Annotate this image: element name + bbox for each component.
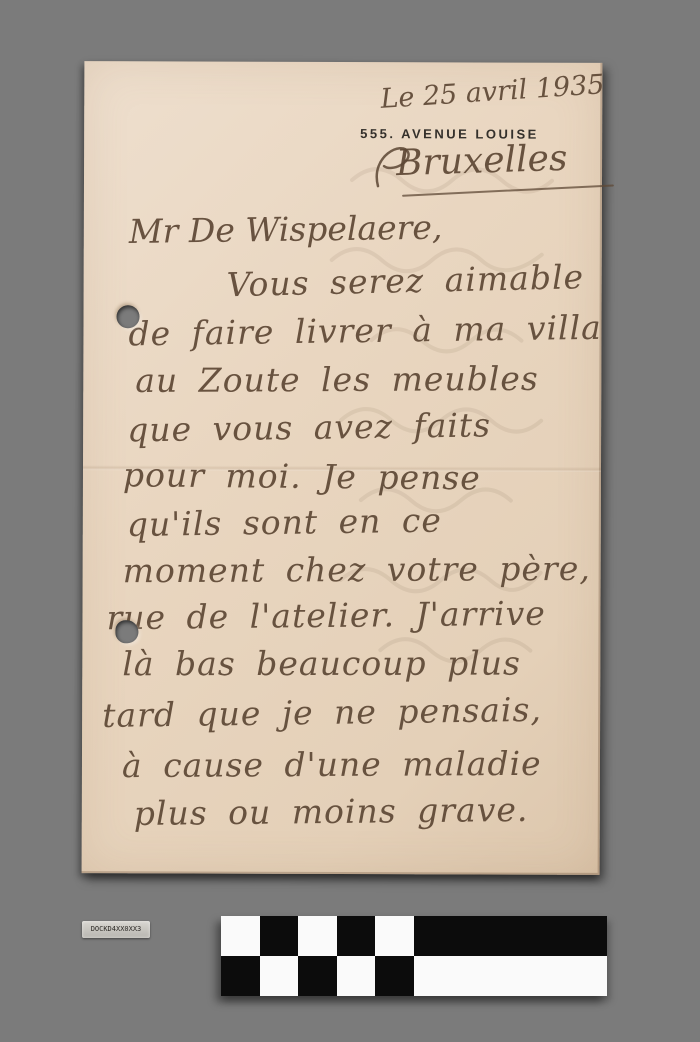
handwritten-city: Bruxelles — [395, 138, 567, 184]
scale-bar-cell-white — [337, 956, 376, 996]
scale-bar-row — [221, 916, 607, 956]
scale-bar-row — [221, 956, 607, 996]
inventory-label-text: DOCKD4XX0XX3 — [91, 926, 142, 933]
scale-bar-cell-black — [298, 956, 337, 996]
scale-bar-cell-white — [298, 916, 337, 956]
photograph-background: Le 25 avril 1935 555. AVENUE LOUISE Brux… — [0, 0, 700, 1042]
salutation-line: Mr De Wispelaere, — [129, 208, 443, 251]
scale-bar-cell-black — [221, 956, 260, 996]
scale-bar — [221, 916, 607, 996]
inventory-label: DOCKD4XX0XX3 — [82, 921, 150, 938]
scale-bar-cell-white — [375, 916, 414, 956]
body-line: pour moi. Je pense — [123, 455, 481, 497]
scale-bar-cell-black-long — [414, 916, 607, 956]
body-line: de faire livrer à ma villa — [128, 308, 602, 354]
body-line: qu'ils sont en ce — [127, 501, 443, 544]
punch-hole-bottom — [115, 620, 138, 643]
letter-document: Le 25 avril 1935 555. AVENUE LOUISE Brux… — [82, 61, 603, 875]
scale-bar-cell-white — [260, 956, 299, 996]
body-line: rue de l'atelier. J'arrive — [106, 594, 546, 638]
body-line: au Zoute les meubles — [135, 359, 539, 400]
scale-bar-cell-black — [375, 956, 414, 996]
body-line: plus ou moins grave. — [134, 790, 529, 833]
body-line: Vous serez aimable — [226, 257, 584, 304]
scale-bar-cell-black — [260, 916, 299, 956]
handwritten-date: Le 25 avril 1935 — [380, 69, 606, 115]
body-line: à cause d'une maladie — [122, 744, 542, 785]
body-line: que vous avez faits — [127, 405, 491, 449]
scale-bar-cell-black — [337, 916, 376, 956]
body-line: là bas beaucoup plus — [122, 644, 521, 684]
scale-bar-cell-white — [221, 916, 260, 956]
punch-hole-top — [116, 305, 139, 328]
body-line: moment chez votre père, — [123, 549, 591, 590]
scale-bar-cell-white-long — [414, 956, 607, 996]
body-line: tard que je ne pensais, — [102, 690, 542, 735]
